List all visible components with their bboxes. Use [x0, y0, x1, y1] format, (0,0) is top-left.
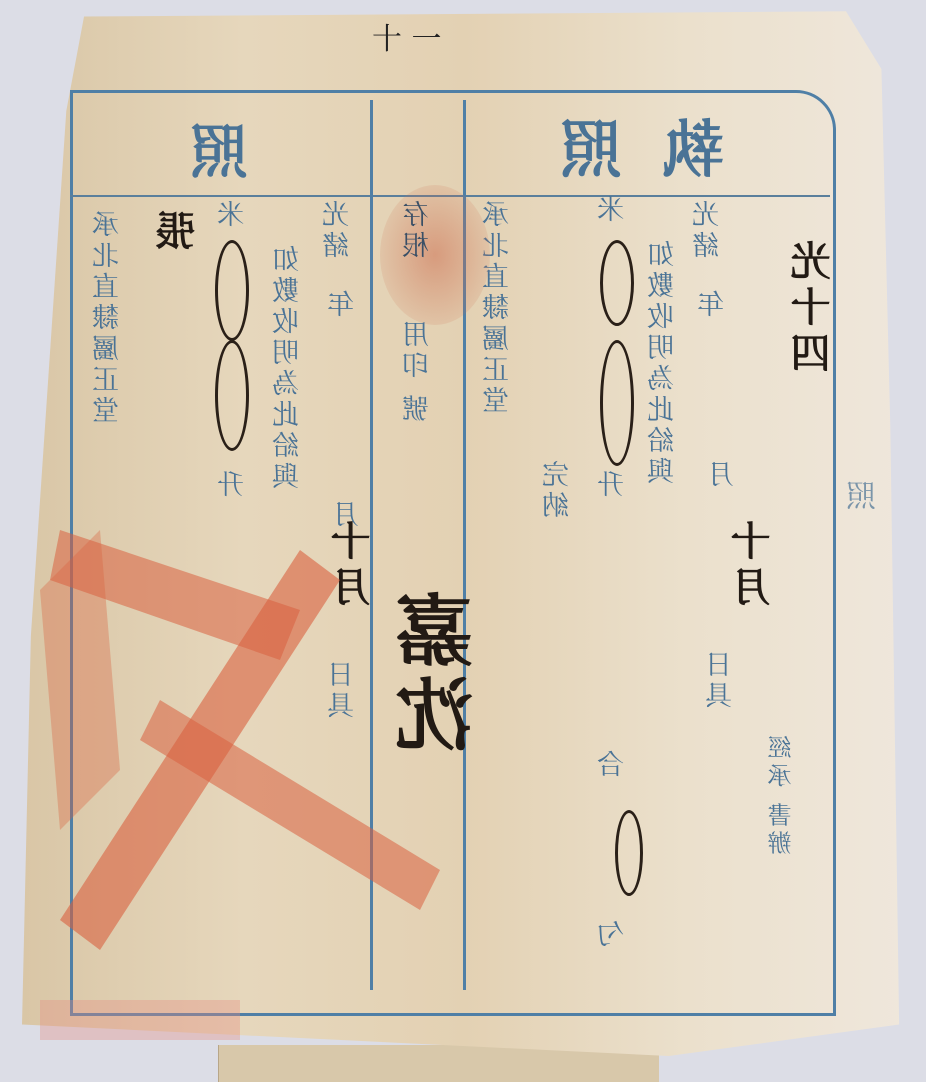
- bottom-red-stain: [40, 1000, 240, 1040]
- handwritten-zero-1: [600, 240, 634, 326]
- left-col-rice: 米: [220, 200, 247, 231]
- middle-seal-text: 存根: [405, 200, 432, 262]
- handwritten-year-label: 光十四: [785, 240, 842, 378]
- right-col-he: 合: [600, 750, 627, 781]
- right-col-day: 日具: [708, 650, 735, 712]
- handwritten-zero-2: [600, 340, 634, 466]
- handwritten-name-left: 張: [150, 210, 207, 256]
- handwritten-zero-left-1: [215, 240, 249, 341]
- header-title-left: 照: [150, 105, 248, 189]
- right-col-paid: 完納: [545, 460, 572, 522]
- right-col-sheng: 升: [600, 470, 627, 501]
- top-fold-mark: 十 一: [372, 14, 442, 58]
- right-col-month: 月: [710, 460, 737, 491]
- right-col-office: 承北直隸屬正堂: [485, 200, 512, 417]
- left-col-reign: 光緒: [325, 200, 352, 262]
- right-col-receipt-text: 如數收明為此給與: [650, 240, 677, 488]
- right-signature-block: 經承 書辦: [770, 735, 794, 859]
- right-col-year: 年: [700, 290, 727, 321]
- right-col-rice: 米: [600, 195, 627, 226]
- left-col-year: 年: [330, 290, 357, 321]
- left-col-receipt-text: 如數收明為此給與: [275, 245, 302, 493]
- left-col-office: 承北直隸屬正堂: [95, 210, 122, 427]
- handwritten-zero-left-2: [215, 340, 249, 451]
- right-col-shao: 勺: [600, 920, 627, 951]
- middle-col-text: 用印 號: [405, 320, 432, 426]
- red-cancellation-stamp: [40, 470, 460, 960]
- right-col-reign: 光緒: [695, 200, 722, 262]
- right-margin-mark: 照: [850, 480, 880, 514]
- red-seal: [380, 185, 490, 325]
- header-title-right: 執照: [520, 100, 724, 189]
- handwritten-month: 十月: [725, 520, 782, 612]
- handwritten-zero-3: [615, 810, 643, 896]
